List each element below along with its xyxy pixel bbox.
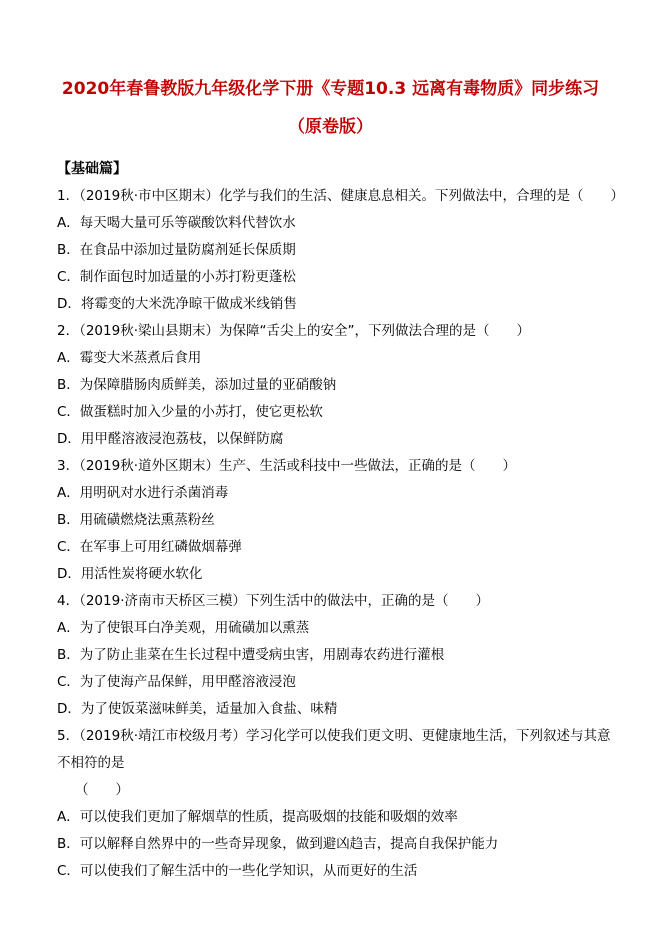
question-1-option-c: C．制作面包时加适量的小苏打粉更蓬松 xyxy=(57,264,621,291)
title-line-1: 2020年春鲁教版九年级化学下册《专题10.3 远离有毒物质》同步练习 xyxy=(30,70,631,108)
question-2-stem: 2．（2019秋·梁山县期末）为保障“舌尖上的安全”，下列做法合理的是（ ） xyxy=(57,318,621,345)
question-3-option-b: B．用硫磺燃烧法熏蒸粉丝 xyxy=(57,507,621,534)
question-1-option-d: D．将霉变的大米洗净晾干做成米线销售 xyxy=(57,291,621,318)
question-5-option-b: B．可以解释自然界中的一些奇异现象，做到避凶趋吉，提高自我保护能力 xyxy=(57,831,621,858)
question-1-stem: 1．（2019秋·市中区期末）化学与我们的生活、健康息息相关。下列做法中，合理的… xyxy=(57,183,621,210)
question-3: 3．（2019秋·道外区期末）生产、生活或科技中一些做法，正确的是（ ） A．用… xyxy=(57,453,621,588)
question-5-option-c: C．可以使我们了解生活中的一些化学知识，从而更好的生活 xyxy=(57,858,621,885)
question-2-option-b: B．为保障腊肠肉质鲜美，添加过量的亚硝酸钠 xyxy=(57,372,621,399)
title-line-2: （原卷版） xyxy=(30,108,631,146)
question-5-option-a: A．可以使我们更加了解烟草的性质，提高吸烟的技能和吸烟的效率 xyxy=(57,804,621,831)
document-title: 2020年春鲁教版九年级化学下册《专题10.3 远离有毒物质》同步练习 （原卷版… xyxy=(0,70,661,146)
question-2-option-a: A．霉变大米蒸煮后食用 xyxy=(57,345,621,372)
question-4: 4．（2019·济南市天桥区三模）下列生活中的做法中，正确的是（ ） A．为了使… xyxy=(57,588,621,723)
question-2: 2．（2019秋·梁山县期末）为保障“舌尖上的安全”，下列做法合理的是（ ） A… xyxy=(57,318,621,453)
question-4-option-c: C．为了使海产品保鲜，用甲醛溶液浸泡 xyxy=(57,669,621,696)
question-1-option-b: B．在食品中添加过量防腐剂延长保质期 xyxy=(57,237,621,264)
question-4-stem: 4．（2019·济南市天桥区三模）下列生活中的做法中，正确的是（ ） xyxy=(57,588,621,615)
question-5-stem: 5．（2019秋·靖江市校级月考）学习化学可以使我们更文明、更健康地生活，下列叙… xyxy=(57,723,621,777)
question-1-option-a: A．每天喝大量可乐等碳酸饮料代替饮水 xyxy=(57,210,621,237)
question-2-option-d: D．用甲醛溶液浸泡荔枝，以保鲜防腐 xyxy=(57,426,621,453)
question-5-stem-continuation: （ ） xyxy=(75,777,621,804)
question-4-option-b: B．为了防止韭菜在生长过程中遭受病虫害，用剧毒农药进行灌根 xyxy=(57,642,621,669)
worksheet-page: 2020年春鲁教版九年级化学下册《专题10.3 远离有毒物质》同步练习 （原卷版… xyxy=(0,0,661,935)
question-3-option-d: D．用活性炭将硬水软化 xyxy=(57,561,621,588)
question-5: 5．（2019秋·靖江市校级月考）学习化学可以使我们更文明、更健康地生活，下列叙… xyxy=(57,723,621,885)
question-3-option-c: C．在军事上可用红磷做烟幕弹 xyxy=(57,534,621,561)
question-1: 1．（2019秋·市中区期末）化学与我们的生活、健康息息相关。下列做法中，合理的… xyxy=(57,183,621,318)
question-2-option-c: C．做蛋糕时加入少量的小苏打，使它更松软 xyxy=(57,399,621,426)
question-3-stem: 3．（2019秋·道外区期末）生产、生活或科技中一些做法，正确的是（ ） xyxy=(57,453,621,480)
question-4-option-a: A．为了使银耳白净美观，用硫磺加以熏蒸 xyxy=(57,615,621,642)
question-4-option-d: D．为了使饭菜滋味鲜美，适量加入食盐、味精 xyxy=(57,696,621,723)
worksheet-content: 【基础篇】 1．（2019秋·市中区期末）化学与我们的生活、健康息息相关。下列做… xyxy=(0,146,661,885)
section-heading: 【基础篇】 xyxy=(57,156,621,183)
question-3-option-a: A．用明矾对水进行杀菌消毒 xyxy=(57,480,621,507)
